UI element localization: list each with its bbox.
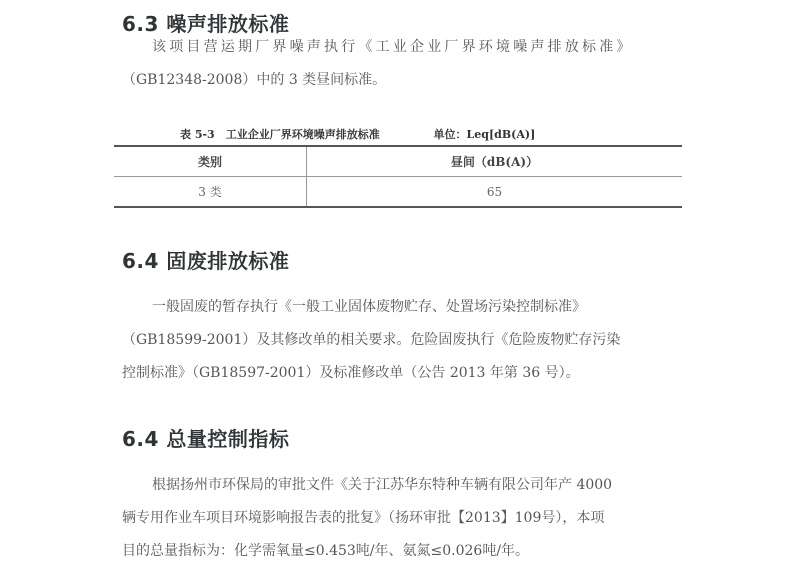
paragraph-total-control: 根据扬州市环保局的审批文件《关于江苏华东特种车辆有限公司年产 4000 辆专用作…	[122, 469, 682, 568]
noise-standard-table: 类别 昼间（dB(A)） 3 类 65	[114, 145, 682, 208]
table-caption-title: 表 5-3 工业企业厂界环境噪声排放标准	[180, 128, 380, 141]
paragraph-line: （GB12348-2008）中的 3 类昼间标准。	[122, 64, 682, 97]
paragraph-line: 该项目营运期厂界噪声执行《工业企业厂界环境噪声排放标准》	[122, 31, 682, 64]
document-page: 6.3 噪声排放标准 该项目营运期厂界噪声执行《工业企业厂界环境噪声排放标准》 …	[0, 0, 788, 573]
table-cell-category: 3 类	[114, 177, 307, 208]
table-header-daytime: 昼间（dB(A)）	[307, 146, 683, 177]
table-caption: 表 5-3 工业企业厂界环境噪声排放标准 单位：Leq[dB(A)]	[180, 126, 535, 142]
paragraph-line: 辆专用作业车项目环境影响报告表的批复》（扬环审批【2013】109号），本项	[122, 502, 682, 535]
section-heading-solid-waste: 6.4 固废排放标准	[122, 245, 289, 274]
paragraph-line: 根据扬州市环保局的审批文件《关于江苏华东特种车辆有限公司年产 4000	[122, 469, 682, 502]
table-caption-unit: 单位：Leq[dB(A)]	[434, 128, 536, 141]
table-row: 3 类 65	[114, 177, 682, 208]
section-heading-total-control: 6.4 总量控制指标	[122, 423, 289, 452]
table-header-row: 类别 昼间（dB(A)）	[114, 146, 682, 177]
paragraph-line: 控制标准》（GB18597-2001）及标准修改单（公告 2013 年第 36 …	[122, 357, 682, 390]
paragraph-line: 目的总量指标为：化学需氧量≤0.453吨/年、氨氮≤0.026吨/年。	[122, 535, 682, 568]
paragraph-noise: 该项目营运期厂界噪声执行《工业企业厂界环境噪声排放标准》 （GB12348-20…	[122, 31, 682, 97]
table-cell-daytime: 65	[307, 177, 683, 208]
table-header-category: 类别	[114, 146, 307, 177]
paragraph-solid-waste: 一般固废的暂存执行《一般工业固体废物贮存、处置场污染控制标准》 （GB18599…	[122, 291, 682, 390]
paragraph-line: （GB18599-2001）及其修改单的相关要求。危险固废执行《危险废物贮存污染	[122, 324, 682, 357]
paragraph-line: 一般固废的暂存执行《一般工业固体废物贮存、处置场污染控制标准》	[122, 291, 682, 324]
